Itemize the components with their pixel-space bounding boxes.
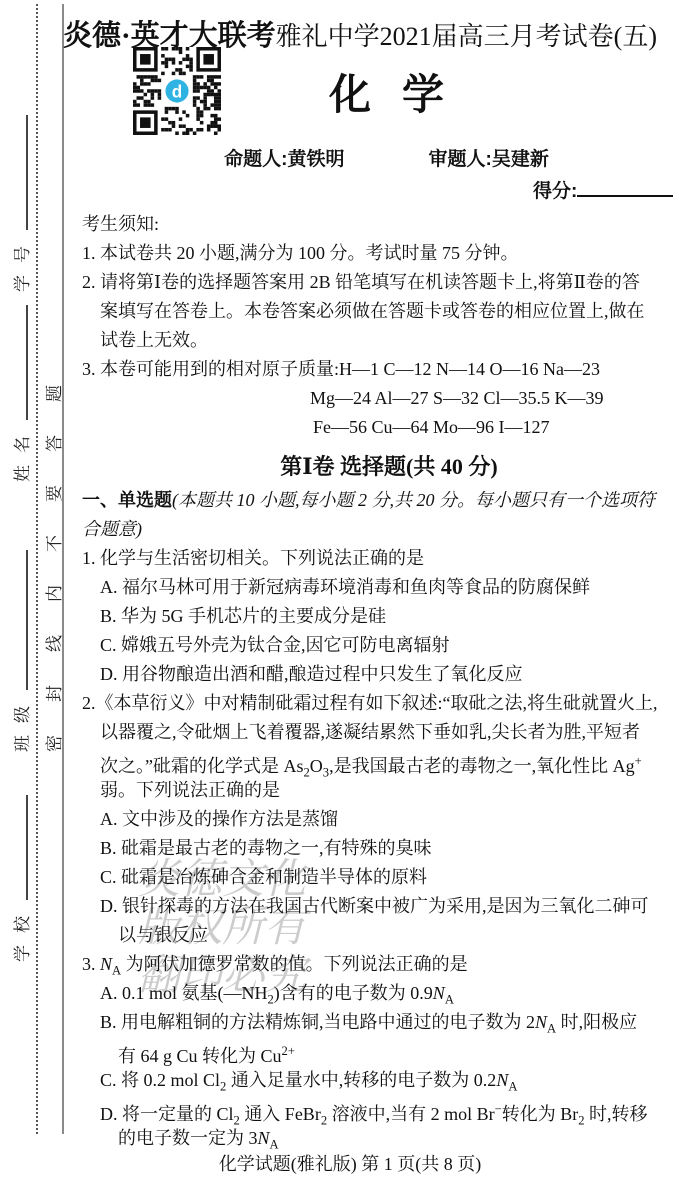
authors-row: 命题人:黄铁明 审题人:吴建新 (80, 144, 693, 171)
seal-field-label: 姓名 (8, 305, 33, 482)
seal-field-label: 学号 (8, 115, 33, 292)
exam-title: 雅礼中学2021届高三月考试卷(五) (276, 22, 657, 51)
body-line: D. 将一定量的 Cl2 通入 FeBr2 溶液中,当有 2 mol Br−转化… (82, 1095, 696, 1124)
body-line: 2.《本草衍义》中对精制砒霜过程有如下叙述:“取砒之法,将生砒就置火上, (82, 689, 696, 718)
seal-field-blank (13, 550, 28, 690)
body-line: 试卷上无效。 (82, 326, 696, 355)
body-line: 以与银反应 (82, 921, 696, 950)
body-line: 3. NA 为阿伏加德罗常数的值。下列说法正确的是 (82, 950, 696, 979)
seal-instruction-text: 密封线内不要答题 (40, 352, 65, 752)
score-row: 得分: (533, 176, 673, 203)
body-line: C. 嫦娥五号外壳为钛合金,因它可防电离辐射 (82, 631, 696, 660)
reviewer: 审题人:吴建新 (429, 144, 549, 171)
body-line: 2. 请将第Ⅰ卷的选择题答案用 2B 铅笔填写在机读答题卡上,将第Ⅱ卷的答 (82, 268, 696, 297)
body-line: A. 0.1 mol 氨基(—NH2)含有的电子数为 0.9NA (82, 979, 696, 1008)
body-line: A. 文中涉及的操作方法是蒸馏 (82, 805, 696, 834)
proposer: 命题人:黄铁明 (224, 144, 344, 171)
section-heading: 第Ⅰ卷 选择题(共 40 分) (82, 448, 696, 486)
body-line: 一、单选题(本题共 10 小题,每小题 2 分,共 20 分。每小题只有一个选项… (82, 486, 696, 515)
body-line: 案填写在答卷上。本卷答案必须做在答题卡或答卷的相应位置上,做在 (82, 297, 696, 326)
body-line: B. 用电解粗铜的方法精炼铜,当电路中通过的电子数为 2NA 时,阳极应 (82, 1008, 696, 1037)
body-line: D. 银针探毒的方法在我国古代断案中被广为采用,是因为三氧化二砷可 (82, 892, 696, 921)
body-line: 以器覆之,令砒烟上飞着覆器,遂凝结累然下垂如乳,尖长者为胜,平短者 (82, 718, 696, 747)
body-line: C. 砒霜是冶炼砷合金和制造半导体的原料 (82, 863, 696, 892)
body-line: B. 砒霜是最古老的毒物之一,有特殊的臭味 (82, 834, 696, 863)
seal-field-blank (13, 305, 28, 420)
subject-title: 化学 (80, 62, 693, 122)
exam-page: 密封线内不要答题 学校班级姓名学号 炎德·英才大联考雅礼中学2021届高三月考试… (0, 0, 700, 1190)
body-line: Mg—24 Al—27 S—32 Cl—35.5 K—39 (82, 384, 696, 413)
body-line: C. 将 0.2 mol Cl2 通入足量水中,转移的电子数为 0.2NA (82, 1066, 696, 1095)
body-line: 有 64 g Cu 转化为 Cu2+ (82, 1037, 696, 1066)
body-line: 3. 本卷可能用到的相对原子质量:H—1 C—12 N—14 O—16 Na—2… (82, 355, 696, 384)
body-line: 合题意) (82, 515, 696, 544)
seal-field-label: 班级 (8, 550, 33, 752)
body-line: 考生须知: (82, 210, 696, 239)
body-line: A. 福尔马林可用于新冠病毒环境消毒和鱼肉等食品的防腐保鲜 (82, 573, 696, 602)
body-line: D. 用谷物酿造出酒和醋,酿造过程中只发生了氧化反应 (82, 660, 696, 689)
body-line: 弱。下列说法正确的是 (82, 776, 696, 805)
body-line: 1. 本试卷共 20 小题,满分为 100 分。考试时量 75 分钟。 (82, 239, 696, 268)
score-blank-line (577, 180, 673, 197)
body-line: 1. 化学与生活密切相关。下列说法正确的是 (82, 544, 696, 573)
body-line: B. 华为 5G 手机芯片的主要成分是硅 (82, 602, 696, 631)
seal-field-label: 学校 (8, 795, 33, 962)
score-label: 得分: (533, 181, 577, 202)
seal-field-blank (13, 795, 28, 900)
body-line: Fe—56 Cu—64 Mo—96 I—127 (82, 413, 696, 442)
body-line: 次之。”砒霜的化学式是 As2O3,是我国最古老的毒物之一,氧化性比 Ag+ (82, 747, 696, 776)
seal-field-blank (13, 115, 28, 230)
exam-body: 考生须知:1. 本试卷共 20 小题,满分为 100 分。考试时量 75 分钟。… (82, 210, 696, 1153)
body-line: 的电子数一定为 3NA (82, 1124, 696, 1153)
page-footer: 化学试题(雅礼版) 第 1 页(共 8 页) (0, 1150, 700, 1176)
seal-dotted-line (36, 4, 38, 1134)
